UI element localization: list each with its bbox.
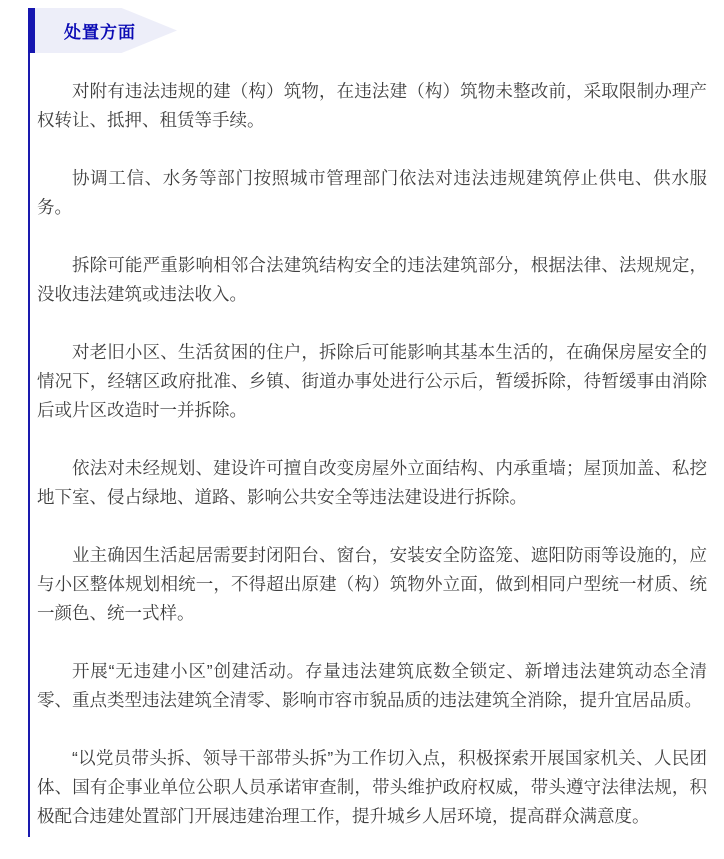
paragraph: 对老旧小区、生活贫困的住户，拆除后可能影响其基本生活的，在确保房屋安全的情况下，… (37, 338, 707, 425)
left-accent-line (28, 53, 30, 837)
paragraph: “以党员带头拆、领导干部带头拆”为工作切入点，积极探索开展国家机关、人民团体、国… (37, 744, 707, 831)
paragraph: 开展“无违建小区”创建活动。存量违法建筑底数全锁定、新增违法建筑动态全清零、重点… (37, 657, 707, 715)
section-badge-pennant: 处置方面 (35, 8, 177, 53)
paragraph: 拆除可能严重影响相邻合法建筑结构安全的违法建筑部分，根据法律、法规规定，没收违法… (37, 251, 707, 309)
paragraph: 对附有违法违规的建（构）筑物，在违法建（构）筑物未整改前，采取限制办理产权转让、… (37, 77, 707, 135)
document-page: 处置方面 对附有违法违规的建（构）筑物，在违法建（构）筑物未整改前，采取限制办理… (0, 0, 724, 859)
badge-accent-bar (28, 8, 35, 53)
paragraph: 协调工信、水务等部门按照城市管理部门依法对违法违规建筑停止供电、供水服务。 (37, 164, 707, 222)
paragraph: 业主确因生活起居需要封闭阳台、窗台，安装安全防盗笼、遮阳防雨等设施的，应与小区整… (37, 541, 707, 628)
paragraph: 依法对未经规划、建设许可擅自改变房屋外立面结构、内承重墙；屋顶加盖、私挖地下室、… (37, 454, 707, 512)
document-body: 对附有违法违规的建（构）筑物，在违法建（构）筑物未整改前，采取限制办理产权转让、… (37, 77, 707, 859)
section-title: 处置方面 (35, 18, 136, 43)
